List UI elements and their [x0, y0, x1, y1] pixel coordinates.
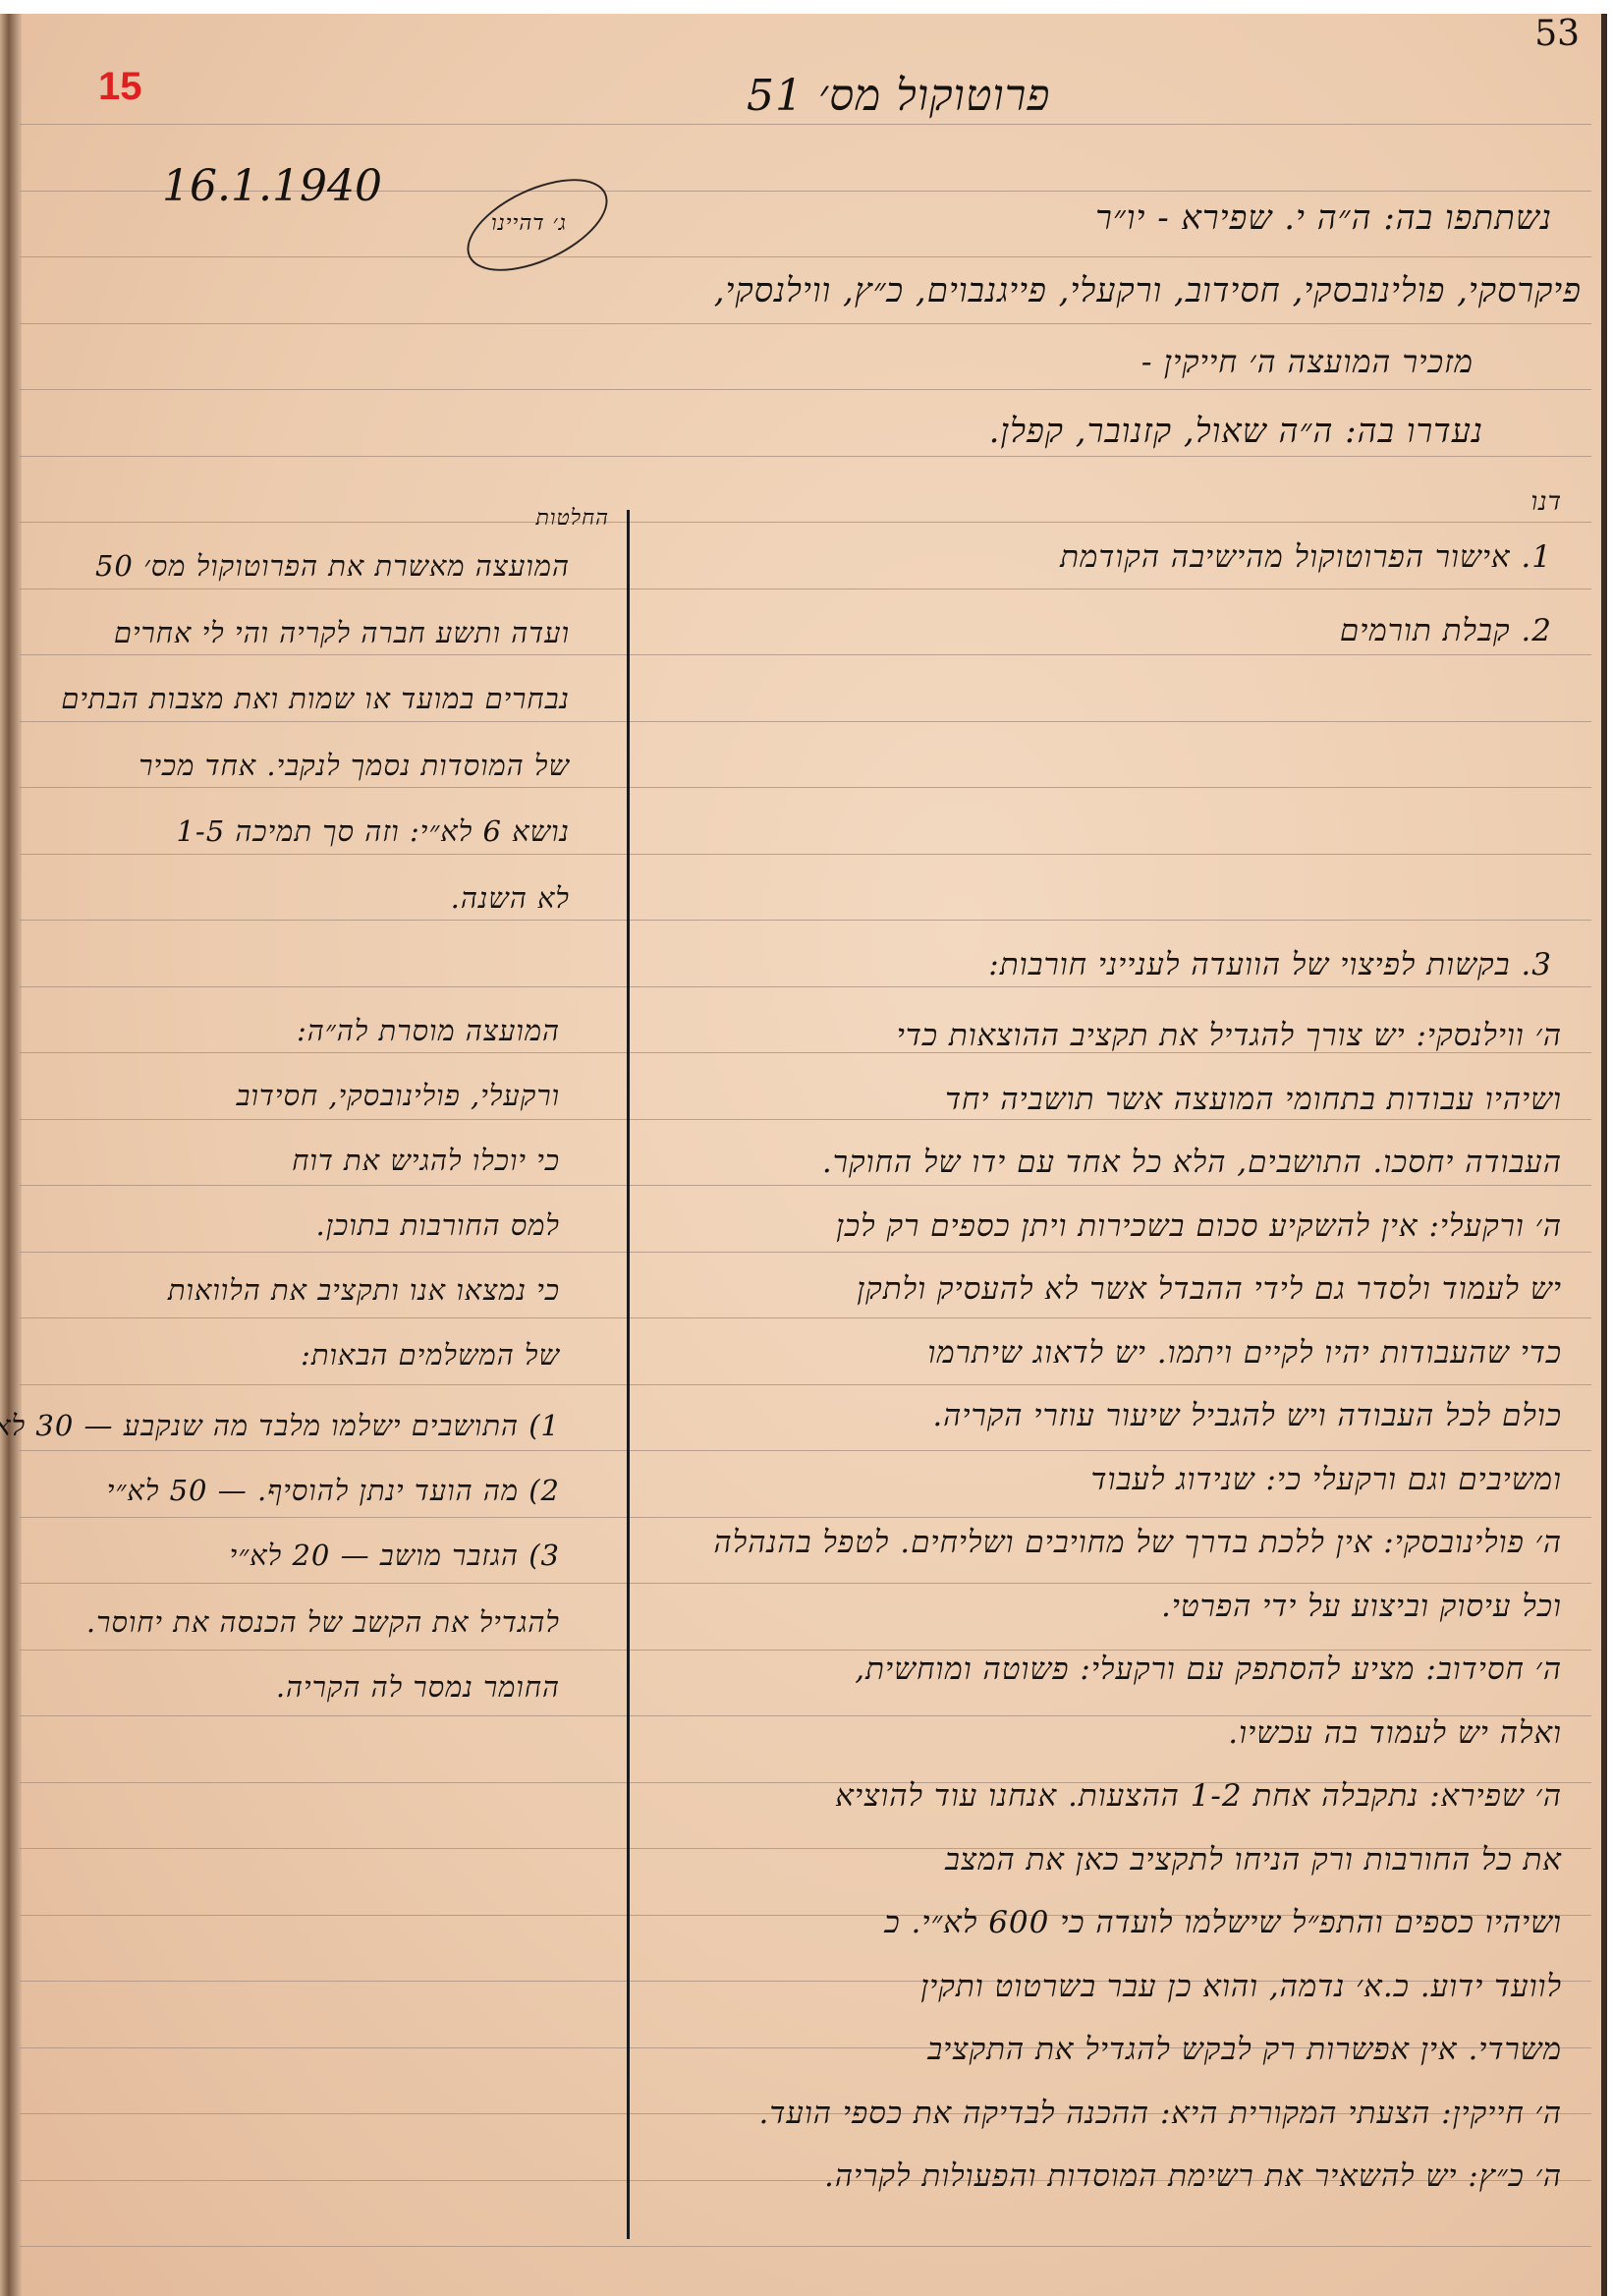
- decision-line: של המשלמים הבאות:: [301, 1338, 560, 1372]
- agenda-item: 2. קבלת תורמים: [1340, 613, 1552, 648]
- decision-line: המועצה מאשרת את הפרוטוקול מס׳ 50: [95, 549, 570, 584]
- discussion-line: יש לעמוד ולסדר גם לידי ההבדל אשר לא להעס…: [857, 1271, 1562, 1307]
- discussion-line: העבודה יחסכו. התושבים, הלא כל אחד עם ידו…: [822, 1145, 1562, 1180]
- decision-line: כי נמצאו אנו ותקציב את הלוואות: [168, 1273, 560, 1308]
- ruled-line: [20, 588, 1591, 589]
- discussion-line: ה׳ כ״ץ: יש להשאיר את רשימת המוסדות והפעו…: [824, 2158, 1562, 2194]
- ruled-line: [20, 1119, 1591, 1120]
- ruled-line: [20, 456, 1591, 457]
- column-divider: [627, 510, 630, 2239]
- notebook-binding: [0, 14, 22, 2296]
- ruled-line: [20, 1185, 1591, 1186]
- ruled-line: [20, 1650, 1591, 1651]
- ruled-line: [20, 124, 1591, 125]
- ruled-line: [20, 986, 1591, 987]
- ruled-line: [20, 854, 1591, 855]
- ruled-line: [20, 721, 1591, 722]
- agenda-item: 1. אישור הפרוטוקול מהישיבה הקודמת: [1060, 539, 1552, 575]
- notebook-page: 15 53 פרוטוקול מס׳ 51 16.1.1940 ג׳ דהיינ…: [0, 14, 1607, 2296]
- ruled-line: [20, 1252, 1591, 1253]
- discussion-line: ה׳ שפירא: נתקבלה אחת 1-2 ההצעות. אנחנו ע…: [835, 1778, 1562, 1814]
- discussion-line: ה׳ ורקעלי: אין להשקיע סכום בשכירות ויתן …: [836, 1208, 1562, 1244]
- contribution-row: 2) מה הועד ינתן להוסיף. — 50 לא״י: [107, 1474, 560, 1508]
- ruled-line: [20, 522, 1591, 523]
- ruled-line: [20, 389, 1591, 390]
- contribution-row: 3) הגזבר מושב — 20 לא״י: [230, 1539, 560, 1573]
- document-title: פרוטוקול מס׳ 51: [747, 71, 1050, 121]
- circled-note-text: ג׳ דהיינו: [491, 210, 567, 236]
- ruled-line: [20, 1583, 1591, 1584]
- discussion-line: ושיהיו כספים והתפ״ל שישלמו לועדה כי 600 …: [884, 1905, 1562, 1940]
- secretary-line: מזכיר המועצה ה׳ חייקין -: [1141, 343, 1474, 380]
- absent-line: נעדרו בה: ה״ה שאול, קזנובר, קפלן.: [989, 412, 1483, 451]
- decision-line: המועצה מוסרת לה״ה:: [297, 1014, 560, 1048]
- ruled-line: [20, 2246, 1591, 2247]
- present-line: נשתתפו בה: ה״ה י. שפירא - יו״ר: [1095, 198, 1552, 238]
- ruled-line: [20, 1450, 1591, 1451]
- decision-line: כי יוכלו להגיש את דוח: [292, 1144, 560, 1178]
- ruled-line: [20, 1384, 1591, 1385]
- decision-line: נבחרים במועד או שמות ואת מצבות הבתים: [61, 682, 570, 716]
- decisions-heading: החלטות: [535, 505, 609, 531]
- decision-line: למס החורבות בתוכן.: [316, 1208, 560, 1243]
- contribution-row: 1) התושבים ישלמו מלבד מה שנקבע — 30 לא״י: [0, 1409, 560, 1443]
- discussion-line: ה׳ פולינובסקי: אין ללכת בדרך של מחויבים …: [714, 1525, 1562, 1560]
- discussion-line: ה׳ חסידוב: מציע להסתפק עם ורקעלי: פשוטה …: [855, 1652, 1562, 1687]
- discussion-line: כולם לכל העבודה ויש להגביל שיעור עוזרי ה…: [932, 1398, 1562, 1433]
- contribution-amount: — 30 לא״י: [0, 1409, 124, 1442]
- meeting-date: 16.1.1940: [162, 161, 382, 211]
- decision-line: להגדיל את הקשב של הכנסה את יחוסר.: [86, 1605, 560, 1640]
- discussion-line: ה׳ ווילנסקי: יש צורך להגדיל את תקציב ההו…: [897, 1018, 1562, 1053]
- members-line: פיקרסקי, פולינובסקי, חסידוב, ורקעלי, פיי…: [714, 271, 1582, 310]
- discussion-line: ואלה יש לעמוד בה עכשיו.: [1228, 1715, 1562, 1751]
- contribution-label: 2) מה הועד ינתן להוסיף.: [257, 1474, 560, 1507]
- decision-line: לא השנה.: [451, 881, 570, 916]
- ruled-line: [20, 323, 1591, 324]
- contribution-label: 1) התושבים ישלמו מלבד מה שנקבע: [124, 1409, 560, 1442]
- discussion-line: משרדי. אין אפשרות רק לבקש להגדיל את התקצ…: [927, 2032, 1562, 2067]
- ruled-line: [20, 1517, 1591, 1518]
- ruled-line: [20, 256, 1591, 257]
- decision-line: של המוסדות נסמך לנקבי. אחד מכיר: [139, 749, 570, 783]
- discussion-line: וכל עיסוק וביצוע על ידי הפרטי.: [1161, 1589, 1562, 1624]
- ruled-line: [20, 920, 1591, 921]
- discussion-line: לוועד ידוע. כ.א׳ נדמה, והוא כן עבר בשרטו…: [920, 1969, 1562, 2004]
- discussion-line: ושיהיו עבודות בתחומי המועצה אשר תושביה י…: [945, 1082, 1562, 1117]
- discussion-line: כדי שהעבודות יהיו לקיים ויתמו. יש לדאוג …: [927, 1335, 1562, 1371]
- corner-page-label: 15: [98, 65, 142, 109]
- contribution-amount: — 20 לא״י: [230, 1539, 380, 1572]
- discussion-line: ה׳ חייקין: הצעתי המקורית היא: ההכנה לבדי…: [758, 2096, 1562, 2131]
- decision-line: ועדה ותשע חברה לקריה והי לי אחרים: [114, 616, 570, 650]
- discussion-line: ומשיבים וגם ורקעלי כי: שנידוג לעבוד: [1091, 1462, 1562, 1497]
- agenda-item: 3. בקשות לפיצוי של הוועדה לענייני חורבות…: [988, 947, 1552, 982]
- decision-line: ורקעלי, פולינובסקי, חסידוב: [237, 1079, 561, 1113]
- discussion-line: את כל החורבות ורק הניחו לתקציב כאן את המ…: [945, 1842, 1562, 1877]
- ruled-line: [20, 654, 1591, 655]
- page-number: 53: [1534, 14, 1580, 54]
- ruled-line: [20, 787, 1591, 788]
- agenda-heading: דנו: [1530, 487, 1562, 517]
- contribution-label: 3) הגזבר מושב: [380, 1539, 560, 1572]
- ruled-line: [20, 1317, 1591, 1318]
- decision-line: החומר נמסר לה הקריה.: [276, 1670, 560, 1705]
- contribution-amount: — 50 לא״י: [107, 1474, 257, 1507]
- decision-line: נושא 6 לא״י: וזה סך תמיכה 1-5: [176, 814, 570, 849]
